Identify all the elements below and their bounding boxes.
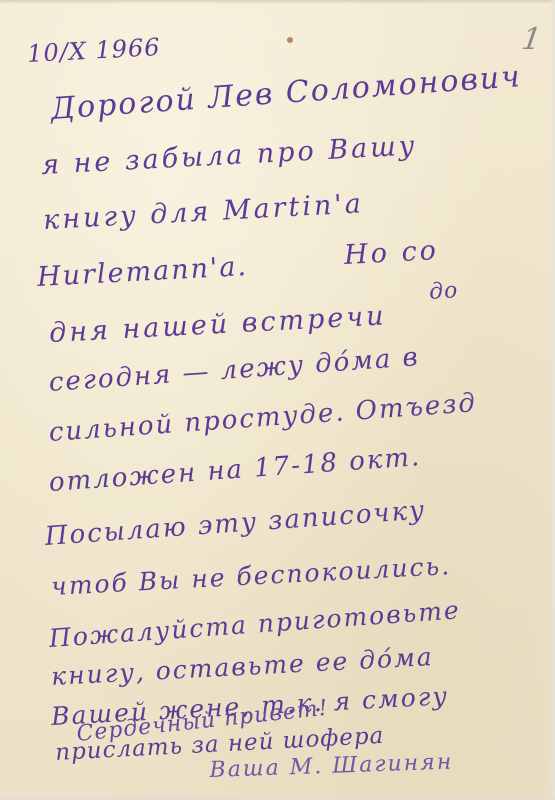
letter-salutation: Дорогой Лев Соломонович [50,59,523,127]
pin-hole-mark [287,37,293,43]
letter-line: дня нашей встречи [48,300,387,349]
letter-line: книгу, оставьте ее до́ма [50,642,434,691]
letter-line: книгу для Martin'а [42,188,364,236]
paper-edge-top [0,0,555,4]
paper-edge-bottom [0,794,555,800]
letter-line: сильной простуде. Отъезд [48,388,478,448]
page-number: 1 [520,22,544,57]
letter-line: отложен на 17-18 окт. [48,442,422,498]
letter-date: 10/X 1966 [27,33,162,68]
letter-line: Но со [343,235,439,271]
letter-line: Hurlemann'а. [36,251,248,293]
letter-page: 1 10/X 1966 Дорогой Лев Соломонович я не… [0,0,555,800]
letter-line: я не забыла про Вашу [40,130,418,181]
paper-edge-right [549,0,555,800]
letter-line: чтоб Вы не беспокоились. [50,551,451,601]
letter-line: Посылаю эту записочку [44,495,427,552]
letter-line: до [428,278,459,305]
letter-line: сегодня — лежу до́ма в [48,342,421,398]
